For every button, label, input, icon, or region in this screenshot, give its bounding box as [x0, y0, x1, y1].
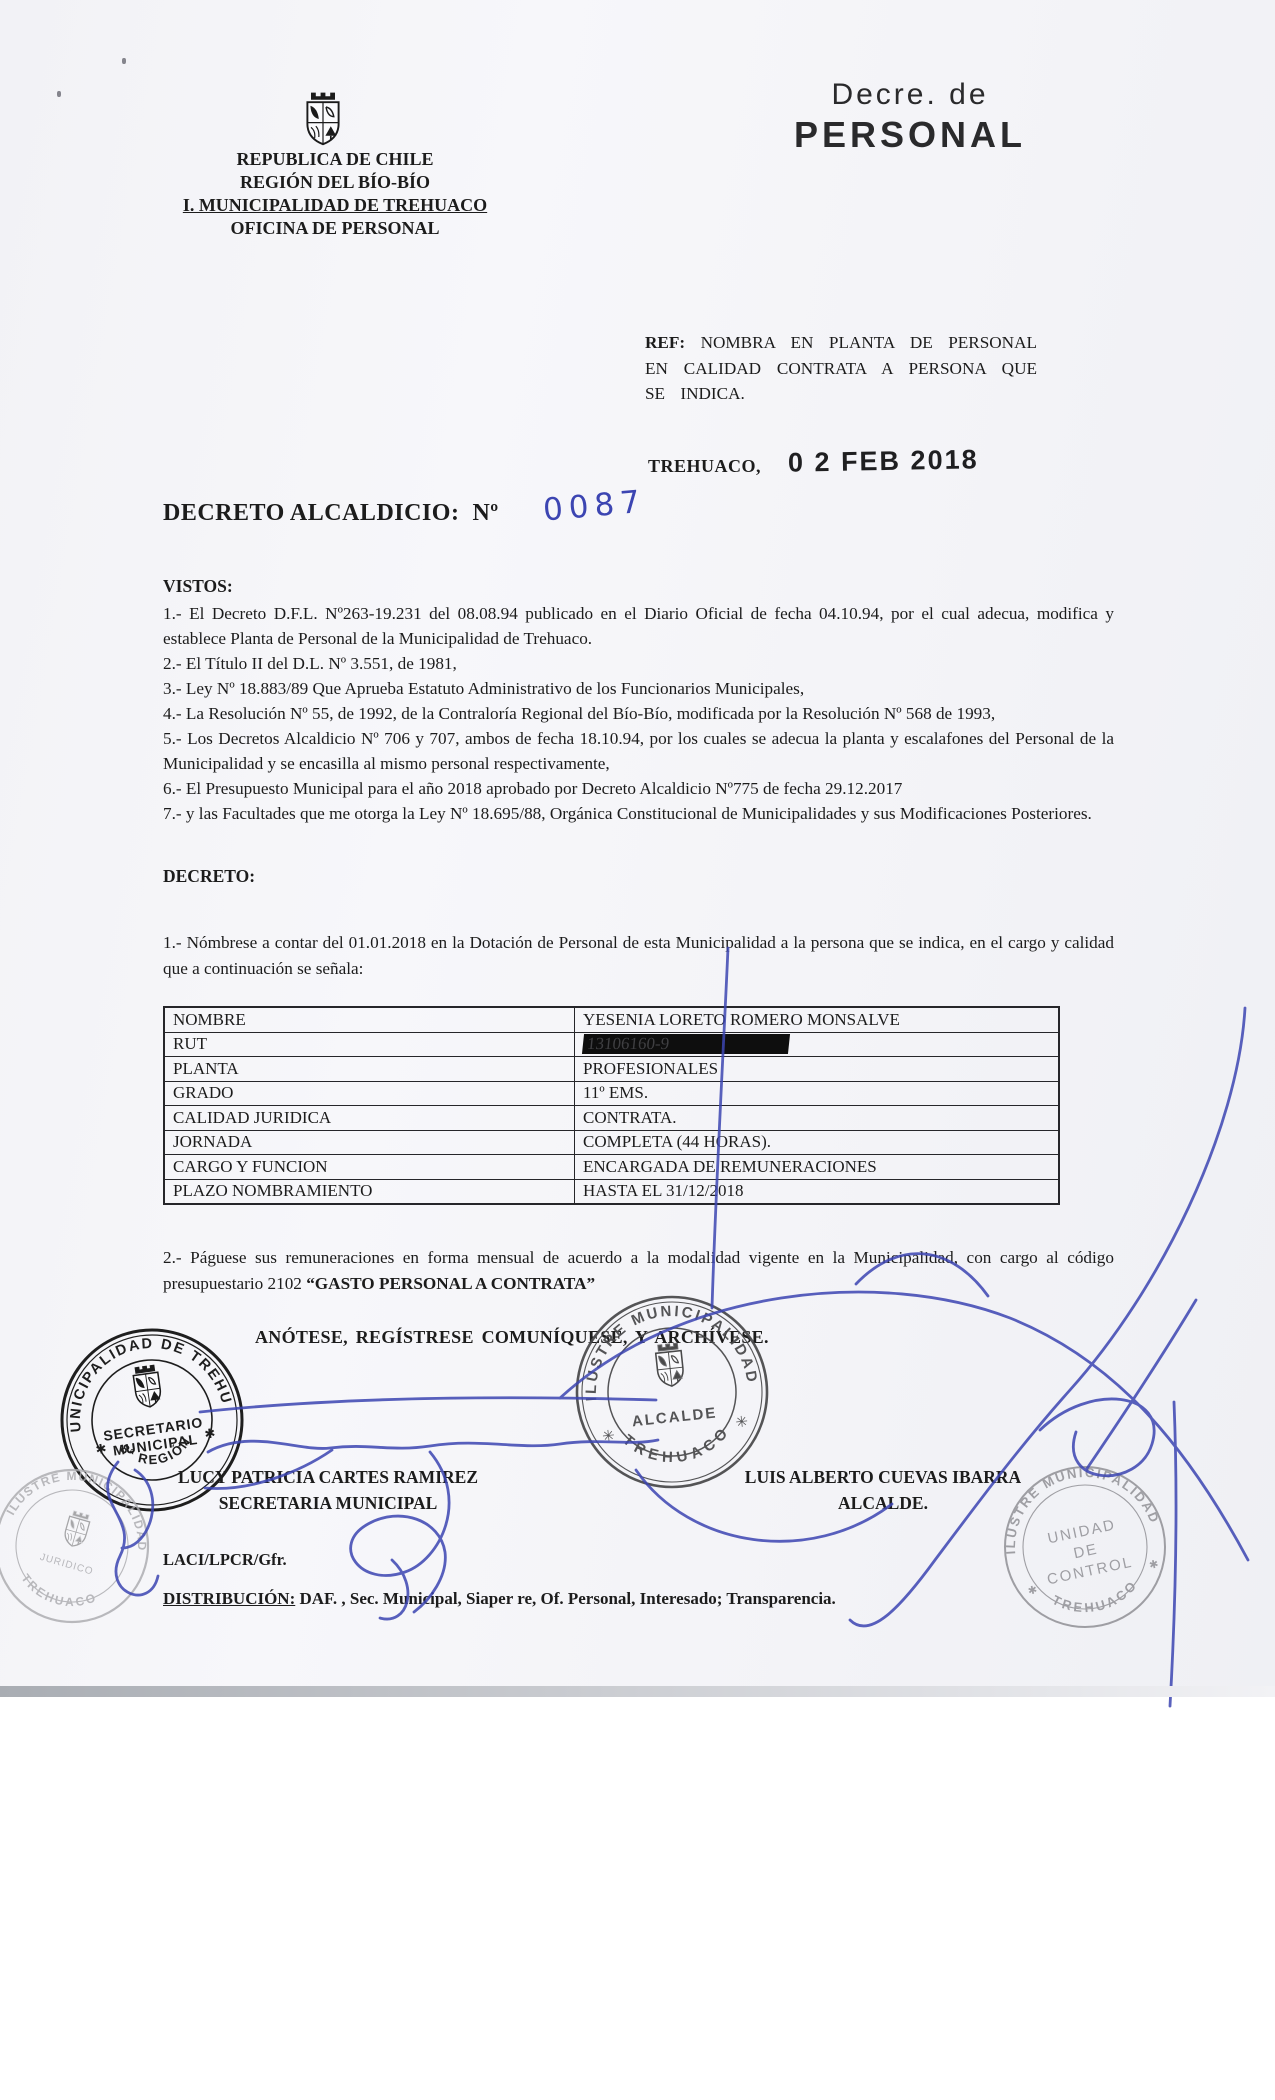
- decree-title-text: DECRETO ALCALDICIO:: [163, 500, 459, 526]
- ref-text: NOMBRA EN PLANTA DE PERSONAL EN CALIDAD …: [645, 333, 1037, 403]
- row-value: CONTRATA.: [575, 1106, 1060, 1131]
- decreto-heading: DECRETO:: [163, 866, 255, 887]
- table-row: GRADO 11º EMS.: [164, 1081, 1059, 1106]
- row-value: COMPLETA (44 HORAS).: [575, 1130, 1060, 1155]
- table-row: RUT 13106160-9: [164, 1032, 1059, 1057]
- row-label: JORNADA: [164, 1130, 575, 1155]
- vistos-item: 6.- El Presupuesto Municipal para el año…: [163, 776, 1114, 801]
- star-icon: ✳: [602, 1428, 616, 1445]
- table-row: CARGO Y FUNCION ENCARGADA DE REMUNERACIO…: [164, 1155, 1059, 1180]
- scan-speck: [57, 91, 61, 97]
- vistos-item: 4.- La Resolución Nº 55, de 1992, de la …: [163, 701, 1114, 726]
- table-row: PLANTA PROFESIONALES: [164, 1057, 1059, 1082]
- juridico-stamp-center-text: JURIDICO: [39, 1552, 95, 1578]
- date-stamp: 0 2 FEB 2018: [788, 444, 979, 478]
- appointment-table: NOMBRE YESENIA LORETO ROMERO MONSALVE RU…: [163, 1006, 1060, 1205]
- scanned-decree-page: REPUBLICA DE CHILE REGIÓN DEL BÍO-BÍO I.…: [0, 0, 1275, 2100]
- star-icon: ✱: [95, 1441, 108, 1457]
- row-value: PROFESIONALES: [575, 1057, 1060, 1082]
- row-label: CARGO Y FUNCION: [164, 1155, 575, 1180]
- vistos-item: 5.- Los Decretos Alcaldicio Nº 706 y 707…: [163, 726, 1114, 776]
- control-stamp-line2: DE: [1072, 1541, 1100, 1563]
- star-icon: ✱: [203, 1425, 216, 1441]
- ref-label: REF:: [645, 333, 685, 352]
- row-value: 13106160-9: [575, 1032, 1060, 1057]
- paragraph-2-bold: “GASTO PERSONAL A CONTRATA”: [306, 1274, 595, 1293]
- letterhead-municipality: I. MUNICIPALIDAD DE TREHUACO: [120, 194, 550, 217]
- row-value: 11º EMS.: [575, 1081, 1060, 1106]
- row-label: NOMBRE: [164, 1007, 575, 1032]
- distribution-label: DISTRIBUCIÓN:: [163, 1589, 295, 1608]
- letterhead-office: OFICINA DE PERSONAL: [120, 217, 550, 240]
- vistos-item: 7.- y las Facultades que me otorga la Le…: [163, 801, 1114, 826]
- decree-title: DECRETO ALCALDICIO: Nº: [163, 500, 499, 527]
- mayor-round-stamp: ILUSTRE MUNICIPALIDAD ALCALDE ✳ ✳ TREHUA…: [572, 1292, 772, 1492]
- mayor-stamp-center-text: ALCALDE: [631, 1404, 718, 1430]
- control-unit-round-stamp: ILUSTRE MUNICIPALIDAD UNIDAD DE CONTROL …: [1000, 1462, 1170, 1632]
- juridico-round-stamp: ILUSTRE MUNICIPALIDAD JURIDICO TREHUACO: [0, 1466, 152, 1626]
- decreto-paragraph-1: 1.- Nómbrese a contar del 01.01.2018 en …: [163, 930, 1114, 982]
- personnel-decree-stamp: Decre. de PERSONAL: [740, 78, 1080, 156]
- letterhead: REPUBLICA DE CHILE REGIÓN DEL BÍO-BÍO I.…: [120, 148, 550, 240]
- personnel-decree-stamp-line1: Decre. de: [740, 78, 1080, 112]
- vistos-list: 1.- El Decreto D.F.L. Nº263-19.231 del 0…: [163, 601, 1114, 826]
- decreto-paragraph-2: 2.- Páguese sus remuneraciones en forma …: [163, 1245, 1114, 1297]
- letterhead-country: REPUBLICA DE CHILE: [120, 148, 550, 171]
- ref-block: REF: NOMBRA EN PLANTA DE PERSONAL EN CAL…: [645, 330, 1037, 407]
- table-row: JORNADA COMPLETA (44 HORAS).: [164, 1130, 1059, 1155]
- row-label: RUT: [164, 1032, 575, 1057]
- vistos-heading: VISTOS:: [163, 576, 233, 597]
- vistos-item: 3.- Ley Nº 18.883/89 Que Aprueba Estatut…: [163, 676, 1114, 701]
- table-row: NOMBRE YESENIA LORETO ROMERO MONSALVE: [164, 1007, 1059, 1032]
- star-icon: ✱: [1148, 1558, 1160, 1572]
- redacted-rut-value: 13106160-9: [582, 1034, 790, 1054]
- row-value: YESENIA LORETO ROMERO MONSALVE: [575, 1007, 1060, 1032]
- table-row: PLAZO NOMBRAMIENTO HASTA EL 31/12/2018: [164, 1179, 1059, 1204]
- row-label: PLAZO NOMBRAMIENTO: [164, 1179, 575, 1204]
- vistos-item: 2.- El Título II del D.L. Nº 3.551, de 1…: [163, 651, 1114, 676]
- scan-bottom-edge: [0, 1686, 1275, 1697]
- letterhead-region: REGIÓN DEL BÍO-BÍO: [120, 171, 550, 194]
- municipality-logo: [299, 90, 347, 148]
- row-value: HASTA EL 31/12/2018: [575, 1179, 1060, 1204]
- row-label: PLANTA: [164, 1057, 575, 1082]
- row-label: GRADO: [164, 1081, 575, 1106]
- row-value: ENCARGADA DE REMUNERACIONES: [575, 1155, 1060, 1180]
- row-label: CALIDAD JURIDICA: [164, 1106, 575, 1131]
- scan-speck: [122, 58, 126, 64]
- distribution-text: DAF. , Sec. Municipal, Siaper re, Of. Pe…: [295, 1589, 836, 1608]
- star-icon: ✳: [735, 1414, 749, 1431]
- personnel-decree-stamp-line2: PERSONAL: [740, 114, 1080, 156]
- distribution-line: DISTRIBUCIÓN: DAF. , Sec. Municipal, Sia…: [163, 1589, 1123, 1609]
- vistos-item: 1.- El Decreto D.F.L. Nº263-19.231 del 0…: [163, 601, 1114, 651]
- decree-number-label: Nº: [472, 500, 498, 526]
- table-row: CALIDAD JURIDICA CONTRATA.: [164, 1106, 1059, 1131]
- place-label: TREHUACO,: [648, 456, 761, 477]
- responsibility-initials: LACI/LPCR/Gfr.: [163, 1550, 287, 1570]
